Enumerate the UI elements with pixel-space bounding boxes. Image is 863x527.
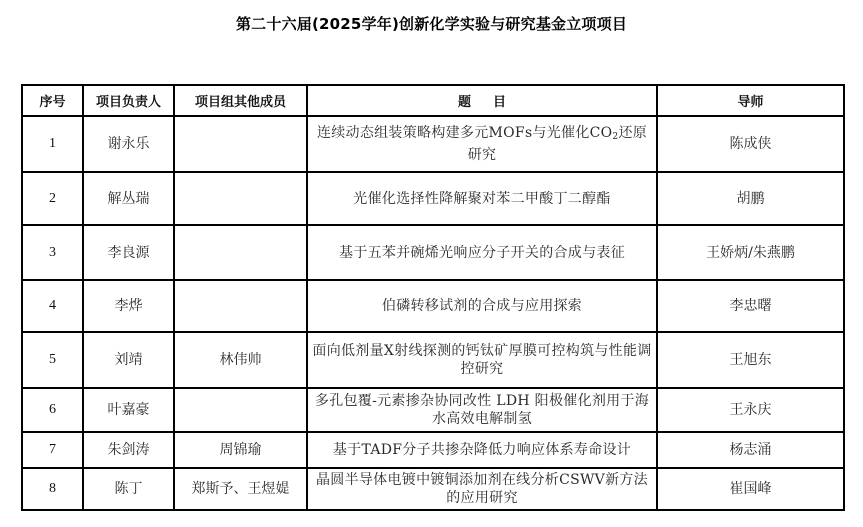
row-leader: 谢永乐 (83, 116, 174, 172)
row-advisor: 陈成侠 (657, 116, 844, 172)
row-index: 3 (22, 225, 83, 280)
row-leader: 解丛瑞 (83, 172, 174, 225)
row-members: 周锦瑜 (174, 432, 307, 468)
table-row: 8 陈丁 郑斯予、王煜媞 晶圆半导体电镀中镀铜添加剂在线分析CSWV新方法的应用… (22, 468, 844, 510)
row-index: 7 (22, 432, 83, 468)
row-index: 4 (22, 280, 83, 332)
row-index: 2 (22, 172, 83, 225)
header-topic-part1: 题 (458, 95, 471, 110)
header-members: 项目组其他成员 (174, 85, 307, 116)
row-leader: 刘靖 (83, 332, 174, 388)
row-topic: 晶圆半导体电镀中镀铜添加剂在线分析CSWV新方法的应用研究 (307, 468, 657, 510)
row-index: 6 (22, 388, 83, 432)
table-header-row: 序号 项目负责人 项目组其他成员 题目 导师 (22, 85, 844, 116)
table-row: 4 李烨 伯磷转移试剂的合成与应用探索 李忠曙 (22, 280, 844, 332)
row-index: 1 (22, 116, 83, 172)
row-topic: 伯磷转移试剂的合成与应用探索 (307, 280, 657, 332)
row-index: 5 (22, 332, 83, 388)
table-row: 2 解丛瑞 光催化选择性降解聚对苯二甲酸丁二醇酯 胡鹏 (22, 172, 844, 225)
header-leader: 项目负责人 (83, 85, 174, 116)
row-topic: 基于TADF分子共掺杂降低力响应体系寿命设计 (307, 432, 657, 468)
header-index: 序号 (22, 85, 83, 116)
row-topic: 多孔包覆-元素掺杂协同改性 LDH 阳极催化剂用于海水高效电解制氢 (307, 388, 657, 432)
row-advisor: 崔国峰 (657, 468, 844, 510)
row-topic: 基于五苯并碗烯光响应分子开关的合成与表征 (307, 225, 657, 280)
row-members: 林伟帅 (174, 332, 307, 388)
table-row: 6 叶嘉豪 多孔包覆-元素掺杂协同改性 LDH 阳极催化剂用于海水高效电解制氢 … (22, 388, 844, 432)
row-members (174, 388, 307, 432)
table-row: 5 刘靖 林伟帅 面向低剂量X射线探测的钙钛矿厚膜可控构筑与性能调控研究 王旭东 (22, 332, 844, 388)
row-advisor: 王旭东 (657, 332, 844, 388)
row-members (174, 280, 307, 332)
row-advisor: 杨志涌 (657, 432, 844, 468)
row-advisor: 胡鹏 (657, 172, 844, 225)
row-members (174, 172, 307, 225)
header-topic-part2: 目 (493, 95, 506, 110)
row-members (174, 225, 307, 280)
row-leader: 朱剑涛 (83, 432, 174, 468)
row-members: 郑斯予、王煜媞 (174, 468, 307, 510)
row-topic: 光催化选择性降解聚对苯二甲酸丁二醇酯 (307, 172, 657, 225)
projects-table: 序号 项目负责人 项目组其他成员 题目 导师 1 谢永乐 连续动态组装策略构建多… (21, 84, 845, 511)
row-advisor: 王娇炳/朱燕鹏 (657, 225, 844, 280)
topic-text-pre: 连续动态组装策略构建多元MOFs与光催化CO (317, 125, 613, 141)
row-leader: 李良源 (83, 225, 174, 280)
header-advisor: 导师 (657, 85, 844, 116)
table-row: 7 朱剑涛 周锦瑜 基于TADF分子共掺杂降低力响应体系寿命设计 杨志涌 (22, 432, 844, 468)
row-index: 8 (22, 468, 83, 510)
row-leader: 叶嘉豪 (83, 388, 174, 432)
row-topic: 面向低剂量X射线探测的钙钛矿厚膜可控构筑与性能调控研究 (307, 332, 657, 388)
document-title: 第二十六届(2025学年)创新化学实验与研究基金立项项目 (0, 13, 863, 34)
row-leader: 李烨 (83, 280, 174, 332)
row-leader: 陈丁 (83, 468, 174, 510)
row-advisor: 王永庆 (657, 388, 844, 432)
header-topic: 题目 (307, 85, 657, 116)
table-row: 3 李良源 基于五苯并碗烯光响应分子开关的合成与表征 王娇炳/朱燕鹏 (22, 225, 844, 280)
row-topic: 连续动态组装策略构建多元MOFs与光催化CO2还原研究 (307, 116, 657, 172)
row-members (174, 116, 307, 172)
row-advisor: 李忠曙 (657, 280, 844, 332)
table-row: 1 谢永乐 连续动态组装策略构建多元MOFs与光催化CO2还原研究 陈成侠 (22, 116, 844, 172)
